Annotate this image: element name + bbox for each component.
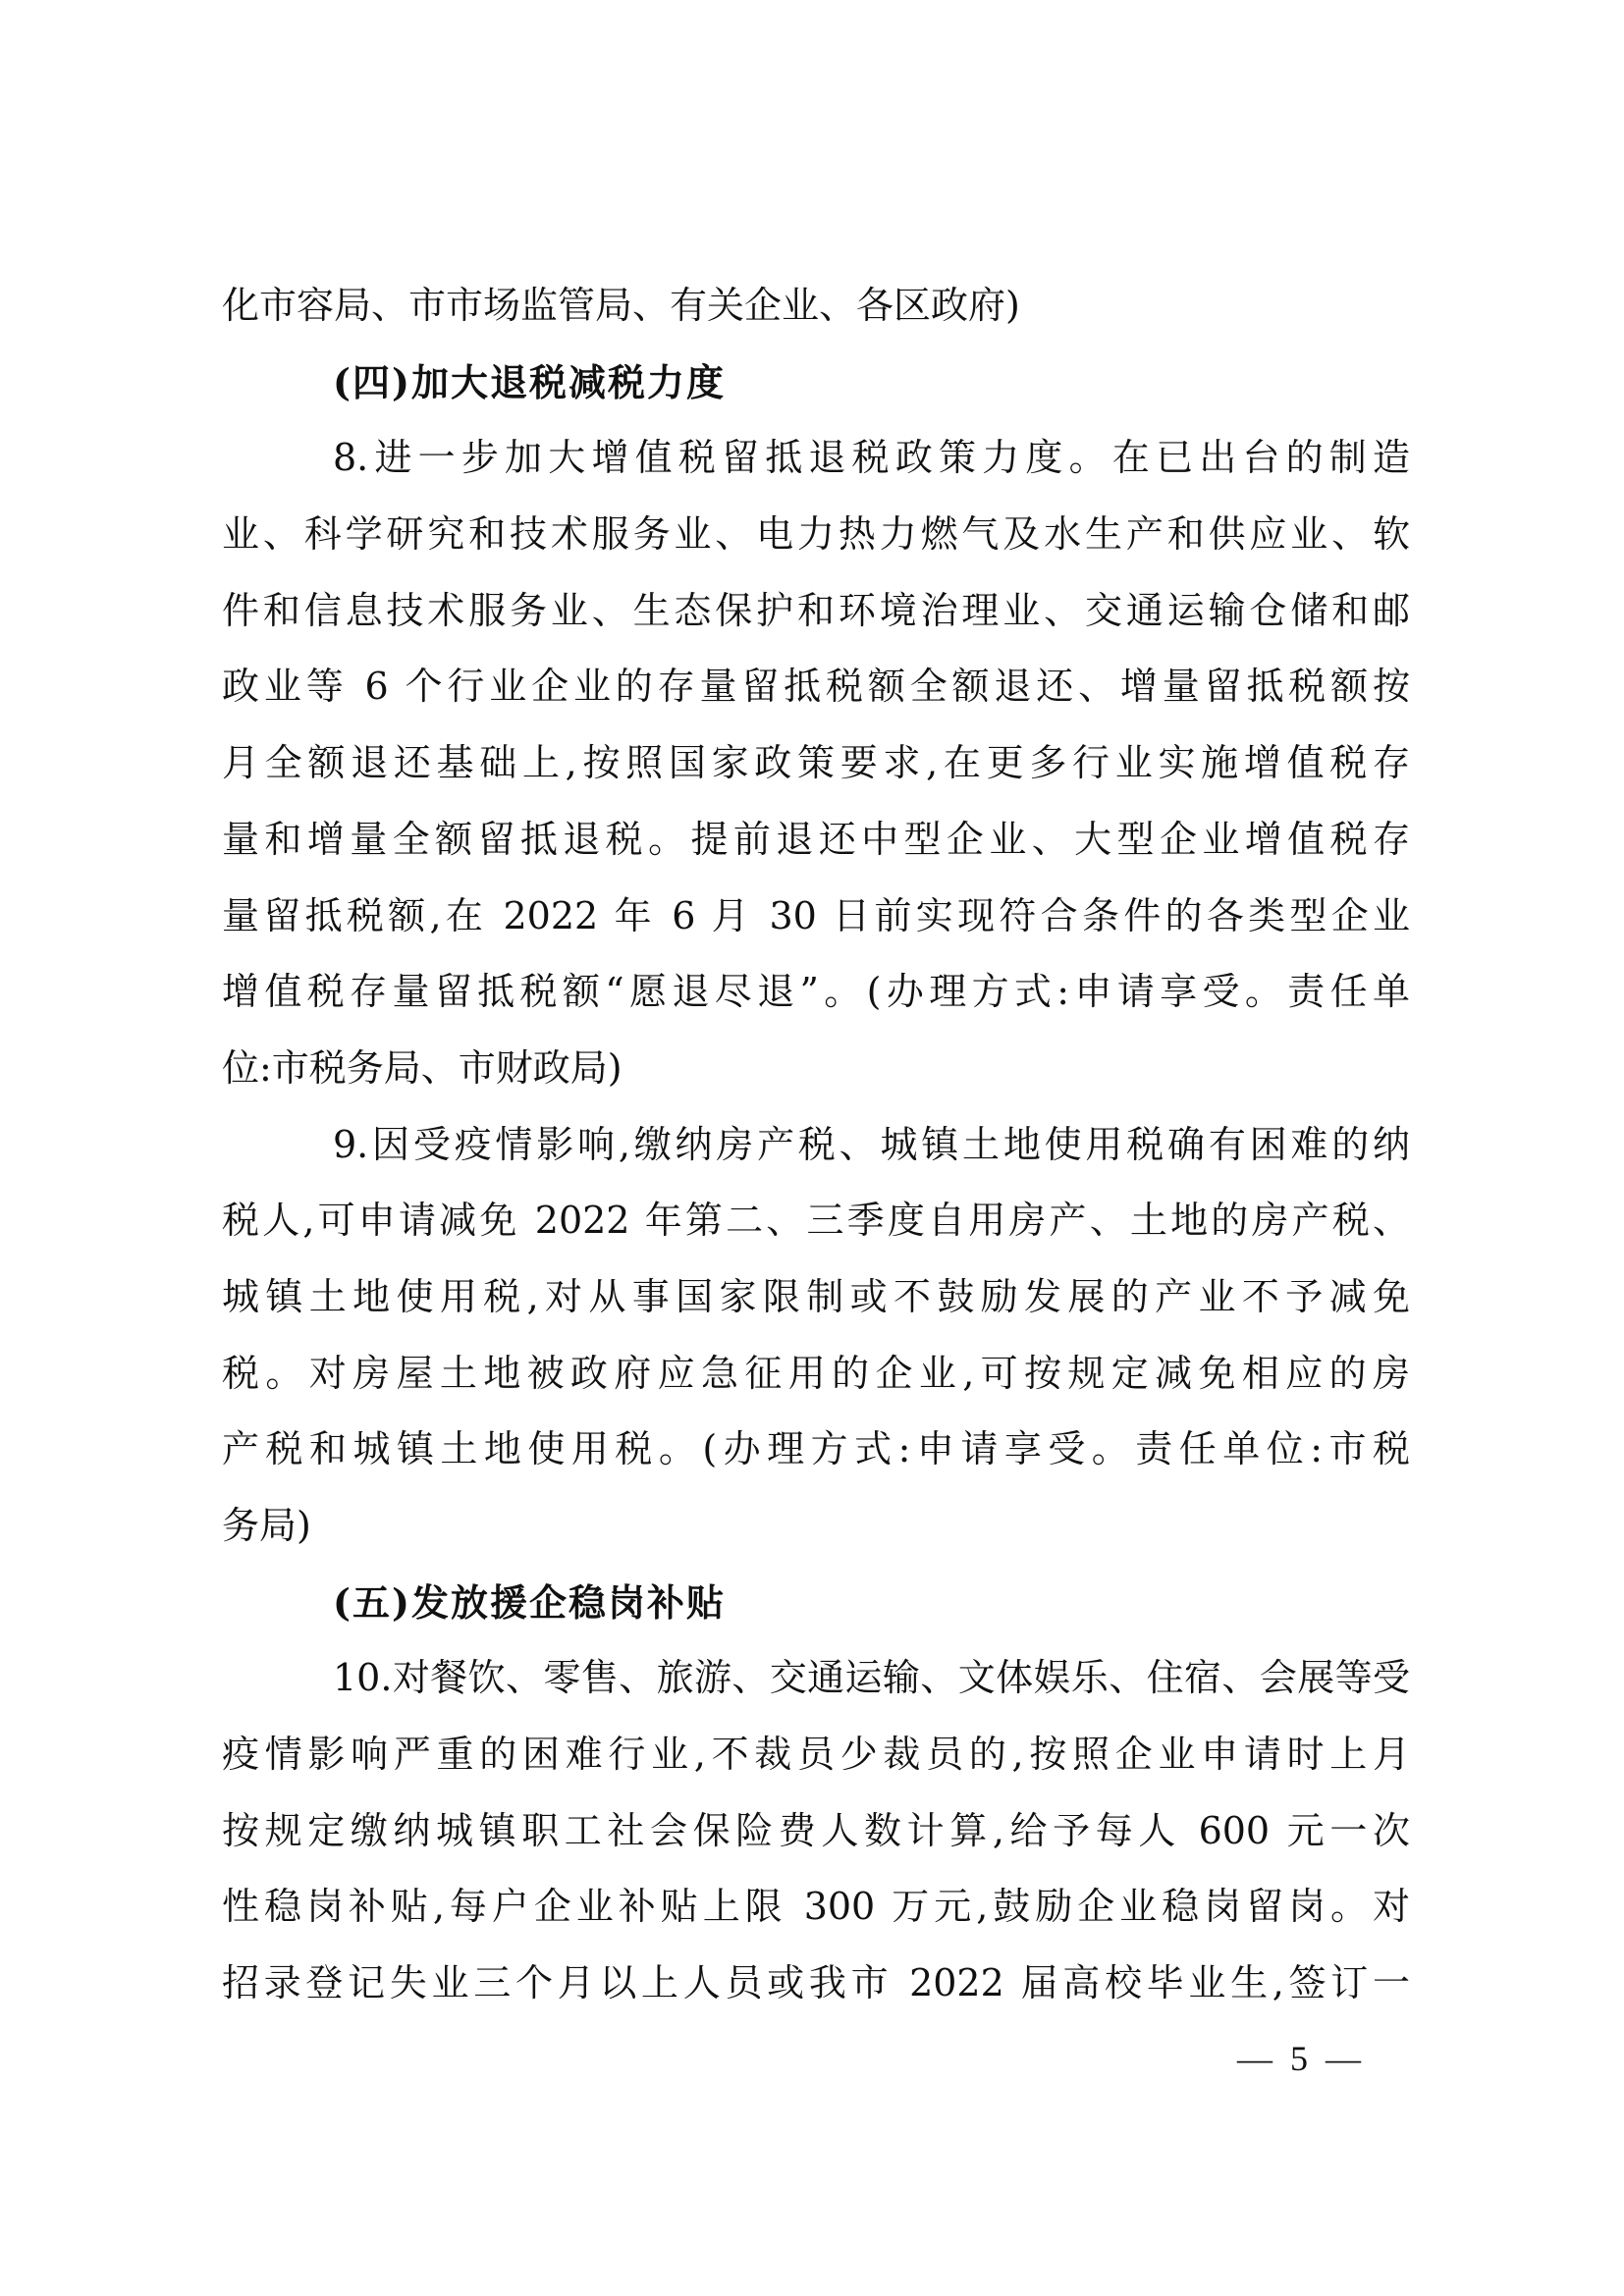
item-9-line-2: 税人,可申请减免 2022 年第二、三季度自用房产、土地的房产税、 xyxy=(222,1183,1410,1259)
item-10-line-4: 性稳岗补贴,每户企业补贴上限 300 万元,鼓励企业稳岗留岗。对 xyxy=(222,1869,1410,1946)
item-8-line-3: 件和信息技术服务业、生态保护和环境治理业、交通运输仓储和邮 xyxy=(222,573,1410,650)
item-10-line-3: 按规定缴纳城镇职工社会保险费人数计算,给予每人 600 元一次 xyxy=(222,1793,1410,1870)
document-page: 化市容局、市市场监管局、有关企业、各区政府) (四)加大退税减税力度 8.进一步… xyxy=(0,0,1624,2296)
item-8-line-8: 增值税存量留抵税额“愿退尽退”。(办理方式:申请享受。责任单 xyxy=(222,954,1410,1031)
item-9-line-6: 务局) xyxy=(222,1488,1410,1565)
item-9-line-5: 产税和城镇土地使用税。(办理方式:申请享受。责任单位:市税 xyxy=(222,1412,1410,1488)
item-10-line-5: 招录登记失业三个月以上人员或我市 2022 届高校毕业生,签订一 xyxy=(222,1946,1410,2022)
item-8-line-5: 月全额退还基础上,按照国家政策要求,在更多行业实施增值税存 xyxy=(222,725,1410,802)
item-9-line-1: 9.因受疫情影响,缴纳房产税、城镇土地使用税确有困难的纳 xyxy=(222,1107,1410,1184)
item-8-line-1: 8.进一步加大增值税留抵退税政策力度。在已出台的制造 xyxy=(222,420,1410,497)
item-8-line-4: 政业等 6 个行业企业的存量留抵税额全额退还、增量留抵税额按 xyxy=(222,649,1410,725)
item-8-line-6: 量和增量全额留抵退税。提前退还中型企业、大型企业增值税存 xyxy=(222,802,1410,879)
section-heading-five: (五)发放援企稳岗补贴 xyxy=(222,1565,1410,1641)
text-line-continuation: 化市容局、市市场监管局、有关企业、各区政府) xyxy=(222,268,1410,345)
item-8-line-7: 量留抵税额,在 2022 年 6 月 30 日前实现符合条件的各类型企业 xyxy=(222,879,1410,955)
item-8-line-2: 业、科学研究和技术服务业、电力热力燃气及水生产和供应业、软 xyxy=(222,497,1410,573)
document-body: 化市容局、市市场监管局、有关企业、各区政府) (四)加大退税减税力度 8.进一步… xyxy=(222,268,1410,2022)
item-8-line-9: 位:市税务局、市财政局) xyxy=(222,1031,1410,1107)
item-9-line-4: 税。对房屋土地被政府应急征用的企业,可按规定减免相应的房 xyxy=(222,1336,1410,1413)
item-10-line-2: 疫情影响严重的困难行业,不裁员少裁员的,按照企业申请时上月 xyxy=(222,1717,1410,1793)
section-heading-four: (四)加大退税减税力度 xyxy=(222,345,1410,421)
item-10-line-1: 10.对餐饮、零售、旅游、交通运输、文体娱乐、住宿、会展等受 xyxy=(222,1640,1410,1717)
page-number: — 5 — xyxy=(1216,2034,1382,2083)
item-9-line-3: 城镇土地使用税,对从事国家限制或不鼓励发展的产业不予减免 xyxy=(222,1259,1410,1336)
